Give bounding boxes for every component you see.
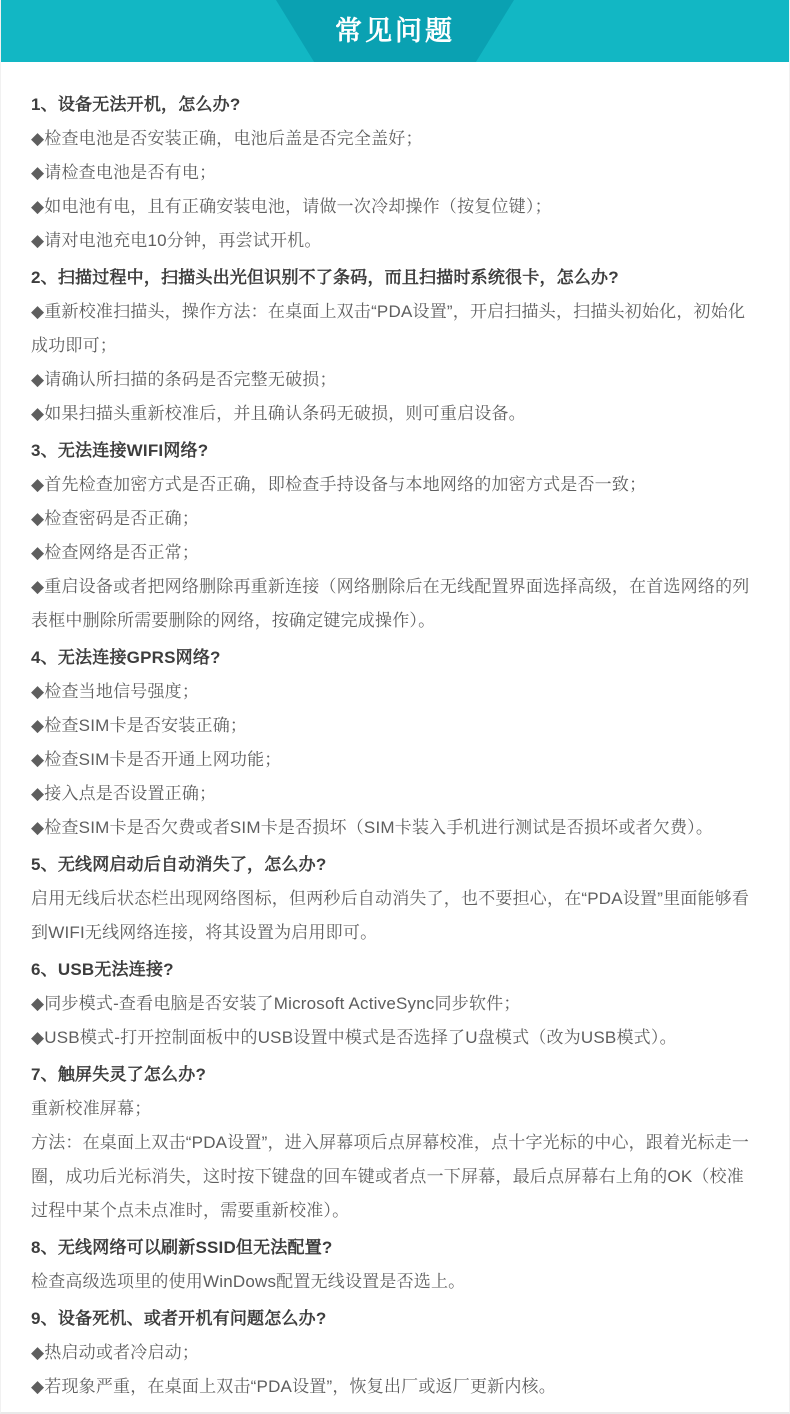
faq-answer-line: ◆接入点是否设置正确；: [31, 777, 759, 811]
faq-answer-line: ◆USB模式-打开控制面板中的USB设置中模式是否选择了U盘模式（改为USB模式…: [31, 1021, 759, 1055]
faq-answer-line: ◆检查SIM卡是否欠费或者SIM卡是否损坏（SIM卡装入手机进行测试是否损坏或者…: [31, 811, 759, 845]
faq-question: 2、扫描过程中，扫描头出光但识别不了条码，而且扫描时系统很卡，怎么办?: [31, 261, 759, 295]
faq-answer-line: ◆检查电池是否安装正确，电池后盖是否完全盖好；: [31, 122, 759, 156]
page-header: 常见问题: [1, 0, 789, 62]
faq-page: 常见问题 1、设备无法开机，怎么办? ◆检查电池是否安装正确，电池后盖是否完全盖…: [0, 0, 790, 1414]
faq-answer-line: ◆同步模式-查看电脑是否安装了Microsoft ActiveSync同步软件；: [31, 987, 759, 1021]
faq-section: 6、USB无法连接? ◆同步模式-查看电脑是否安装了Microsoft Acti…: [31, 953, 759, 1055]
faq-section: 7、触屏失灵了怎么办? 重新校准屏幕；方法：在桌面上双击“PDA设置”，进入屏幕…: [31, 1058, 759, 1228]
faq-section: 2、扫描过程中，扫描头出光但识别不了条码，而且扫描时系统很卡，怎么办? ◆重新校…: [31, 261, 759, 431]
faq-section: 1、设备无法开机，怎么办? ◆检查电池是否安装正确，电池后盖是否完全盖好；◆请检…: [31, 88, 759, 258]
faq-answer-line: ◆检查密码是否正确；: [31, 502, 759, 536]
faq-section: 9、设备死机、或者开机有问题怎么办? ◆热启动或者冷启动；◆若现象严重，在桌面上…: [31, 1302, 759, 1404]
faq-answer-line: ◆热启动或者冷启动；: [31, 1336, 759, 1370]
faq-answer-line: 重新校准屏幕；: [31, 1092, 759, 1126]
faq-question: 6、USB无法连接?: [31, 953, 759, 987]
faq-question: 8、无线网络可以刷新SSID但无法配置?: [31, 1231, 759, 1265]
faq-answer-line: ◆请确认所扫描的条码是否完整无破损；: [31, 363, 759, 397]
faq-answer-line: 启用无线后状态栏出现网络图标，但两秒后自动消失了，也不要担心，在“PDA设置”里…: [31, 882, 759, 950]
faq-question: 4、无法连接GPRS网络?: [31, 641, 759, 675]
faq-answer-line: ◆请检查电池是否有电；: [31, 156, 759, 190]
faq-question: 9、设备死机、或者开机有问题怎么办?: [31, 1302, 759, 1336]
faq-section: 3、无法连接WIFI网络? ◆首先检查加密方式是否正确，即检查手持设备与本地网络…: [31, 434, 759, 638]
faq-section: 5、无线网启动后自动消失了，怎么办? 启用无线后状态栏出现网络图标，但两秒后自动…: [31, 848, 759, 950]
faq-answer-line: ◆如果扫描头重新校准后，并且确认条码无破损，则可重启设备。: [31, 397, 759, 431]
faq-section: 8、无线网络可以刷新SSID但无法配置? 检查高级选项里的使用WinDows配置…: [31, 1231, 759, 1299]
faq-content: 1、设备无法开机，怎么办? ◆检查电池是否安装正确，电池后盖是否完全盖好；◆请检…: [1, 62, 789, 1404]
faq-answer-line: ◆检查SIM卡是否安装正确；: [31, 709, 759, 743]
header-title-ribbon: 常见问题: [276, 0, 514, 62]
faq-question: 5、无线网启动后自动消失了，怎么办?: [31, 848, 759, 882]
faq-answer-line: ◆重启设备或者把网络删除再重新连接（网络删除后在无线配置界面选择高级，在首选网络…: [31, 570, 759, 638]
faq-answer-line: ◆重新校准扫描头，操作方法：在桌面上双击“PDA设置”，开启扫描头，扫描头初始化…: [31, 295, 759, 363]
faq-answer-line: 检查高级选项里的使用WinDows配置无线设置是否选上。: [31, 1265, 759, 1299]
faq-answer-line: ◆检查当地信号强度；: [31, 675, 759, 709]
faq-answer-line: ◆请对电池充电10分钟，再尝试开机。: [31, 224, 759, 258]
page-title: 常见问题: [335, 18, 455, 45]
faq-answer-line: 方法：在桌面上双击“PDA设置”，进入屏幕项后点屏幕校准，点十字光标的中心，跟着…: [31, 1126, 759, 1228]
faq-question: 1、设备无法开机，怎么办?: [31, 88, 759, 122]
faq-section: 4、无法连接GPRS网络? ◆检查当地信号强度；◆检查SIM卡是否安装正确；◆检…: [31, 641, 759, 845]
faq-question: 7、触屏失灵了怎么办?: [31, 1058, 759, 1092]
faq-answer-line: ◆首先检查加密方式是否正确，即检查手持设备与本地网络的加密方式是否一致；: [31, 468, 759, 502]
faq-answer-line: ◆检查SIM卡是否开通上网功能；: [31, 743, 759, 777]
faq-answer-line: ◆若现象严重，在桌面上双击“PDA设置”，恢复出厂或返厂更新内核。: [31, 1370, 759, 1404]
faq-question: 3、无法连接WIFI网络?: [31, 434, 759, 468]
faq-answer-line: ◆如电池有电，且有正确安装电池，请做一次冷却操作（按复位键）；: [31, 190, 759, 224]
faq-answer-line: ◆检查网络是否正常；: [31, 536, 759, 570]
